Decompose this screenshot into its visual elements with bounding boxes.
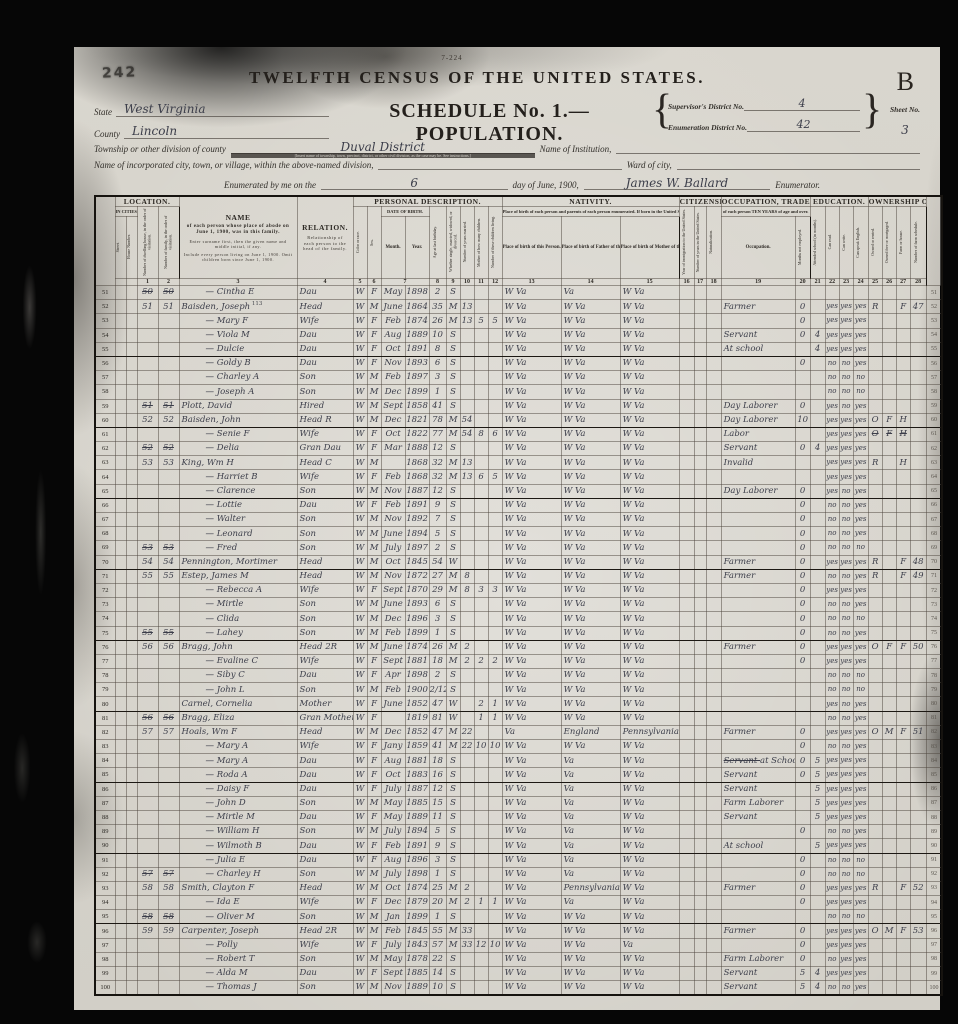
- years-in-us-cell: [694, 612, 706, 626]
- speak-english-cell: yes: [853, 810, 868, 824]
- mother-of-children-cell: [474, 754, 488, 768]
- census-row: 80Carnel, CorneliaMotherWFJune185247W21W…: [95, 697, 942, 711]
- can-read-cell: yes: [825, 768, 839, 782]
- immigration-year-cell: [679, 442, 694, 456]
- relation-cell: Gran Mother: [297, 711, 353, 725]
- free-mortgaged-cell: [882, 612, 896, 626]
- home-owned-rented-cell: R: [868, 300, 882, 314]
- home-owned-rented-cell: [868, 683, 882, 697]
- mother-birthplace-cell: W Va: [620, 442, 679, 456]
- mother-birthplace-cell: W Va: [620, 513, 679, 527]
- can-read-cell: no: [825, 825, 839, 839]
- house-number-cell: [126, 740, 137, 754]
- age-cell: 54: [429, 555, 446, 569]
- farm-house-cell: [896, 286, 910, 300]
- speak-english-cell: yes: [853, 498, 868, 512]
- home-owned-rented-cell: [868, 938, 882, 952]
- color-race-cell: W: [353, 967, 367, 981]
- school-months-cell: [810, 924, 825, 938]
- immigration-year-cell: [679, 541, 694, 555]
- birth-year-cell: 1900: [405, 683, 429, 697]
- mother-birthplace-cell: W Va: [620, 356, 679, 370]
- name-cell: — Walter: [179, 513, 297, 527]
- mother-birthplace-cell: W Va: [620, 612, 679, 626]
- can-write-cell: no: [839, 498, 853, 512]
- name-cell: — Siby C: [179, 669, 297, 683]
- line-number-right: 52: [926, 300, 942, 314]
- relation-cell: Wife: [297, 896, 353, 910]
- family-number-cell: 57: [158, 867, 179, 881]
- farm-house-cell: [896, 583, 910, 597]
- naturalization-cell: [706, 541, 721, 555]
- free-mortgaged-cell: [882, 825, 896, 839]
- line-number-header: [95, 196, 115, 286]
- naturalization-cell: [706, 598, 721, 612]
- name-cell: — Mary A: [179, 740, 297, 754]
- mother-of-children-cell: [474, 498, 488, 512]
- children-living-cell: [488, 810, 502, 824]
- birth-year-cell: 1891: [405, 839, 429, 853]
- years-in-us-cell: [694, 640, 706, 654]
- occupation-cell: Servant: [721, 981, 795, 995]
- can-read-cell: yes: [825, 555, 839, 569]
- mother-of-children-cell: [474, 342, 488, 356]
- relation-cell: Dau: [297, 669, 353, 683]
- occupation-cell: Farm Laborer: [721, 952, 795, 966]
- dwelling-number-cell: [137, 498, 158, 512]
- speak-english-cell: yes: [853, 967, 868, 981]
- mother-birthplace-cell: Pennsylvania: [620, 725, 679, 739]
- marital-status-cell: M: [446, 654, 460, 668]
- years-married-cell: [460, 782, 474, 796]
- father-birthplace-cell: Va: [561, 839, 620, 853]
- years-in-us-cell: [694, 740, 706, 754]
- birth-month-cell: Nov: [381, 981, 405, 995]
- can-write-cell: no: [839, 527, 853, 541]
- marital-status-cell: M: [446, 924, 460, 938]
- occupation-cell: [721, 513, 795, 527]
- line-number: 83: [95, 740, 115, 754]
- line-number: 53: [95, 314, 115, 328]
- months-not-employed-cell: 0: [795, 867, 810, 881]
- years-married-cell: [460, 839, 474, 853]
- birth-year-cell: 1885: [405, 796, 429, 810]
- free-mortgaged-cell: [882, 371, 896, 385]
- years-married-cell: [460, 513, 474, 527]
- relation-cell: Dau: [297, 853, 353, 867]
- sex-cell: F: [367, 754, 381, 768]
- immigration-year-cell: [679, 314, 694, 328]
- line-number: 90: [95, 839, 115, 853]
- line-number: 80: [95, 697, 115, 711]
- farm-schedule-cell: 47: [910, 300, 926, 314]
- line-number-right: 97: [926, 938, 942, 952]
- census-row: 715555Estep, James MHeadWMNov187227M8W V…: [95, 569, 942, 583]
- immigration-year-cell: [679, 697, 694, 711]
- free-mortgaged-cell: [882, 669, 896, 683]
- can-read-cell: yes: [825, 924, 839, 938]
- farm-house-cell: [896, 612, 910, 626]
- speak-english-cell: yes: [853, 640, 868, 654]
- relation-cell: Son: [297, 541, 353, 555]
- can-write-cell: yes: [839, 754, 853, 768]
- free-mortgaged-cell: [882, 768, 896, 782]
- line-number-right: 71: [926, 569, 942, 583]
- house-number-cell: [126, 470, 137, 484]
- street-cell: [115, 669, 126, 683]
- months-not-employed-header: Months not employed.: [795, 217, 810, 279]
- line-number-right: 89: [926, 825, 942, 839]
- family-number-cell: 56: [158, 711, 179, 725]
- can-write-cell: no: [839, 541, 853, 555]
- census-row: 54— Viola MDauWFAug188910SW VaW VaW VaSe…: [95, 328, 942, 342]
- children-living-cell: [488, 286, 502, 300]
- can-write-cell: no: [839, 612, 853, 626]
- farm-house-cell: [896, 399, 910, 413]
- house-number-cell: [126, 300, 137, 314]
- years-married-cell: [460, 669, 474, 683]
- naturalization-cell: [706, 896, 721, 910]
- column-number: 9: [446, 279, 460, 286]
- farm-house-cell: [896, 442, 910, 456]
- birthplace-cell: W Va: [502, 456, 561, 470]
- family-number-cell: [158, 810, 179, 824]
- house-number-cell: [126, 711, 137, 725]
- column-number: 12: [488, 279, 502, 286]
- months-not-employed-cell: 0: [795, 896, 810, 910]
- home-owned-rented-cell: [868, 910, 882, 924]
- name-cell: — Charley H: [179, 867, 297, 881]
- farm-house-cell: [896, 484, 910, 498]
- years-in-us-cell: [694, 484, 706, 498]
- speak-english-cell: yes: [853, 881, 868, 895]
- farm-house-cell: H: [896, 413, 910, 427]
- column-number: 4: [297, 279, 353, 286]
- family-number-cell: [158, 981, 179, 995]
- occupation-cell: [721, 938, 795, 952]
- can-write-cell: no: [839, 669, 853, 683]
- column-number: 16: [679, 279, 694, 286]
- house-number-cell: [126, 513, 137, 527]
- farm-house-cell: F: [896, 881, 910, 895]
- children-living-cell: [488, 300, 502, 314]
- line-number-right: 92: [926, 867, 942, 881]
- birthplace-cell: W Va: [502, 896, 561, 910]
- name-cell: — Mary F: [179, 314, 297, 328]
- line-number: 89: [95, 825, 115, 839]
- street-cell: [115, 427, 126, 441]
- line-number-right: 75: [926, 626, 942, 640]
- mother-birthplace-cell: W Va: [620, 314, 679, 328]
- city-fill: [378, 169, 621, 170]
- name-cell: King, Wm H: [179, 456, 297, 470]
- speak-english-cell: no: [853, 371, 868, 385]
- children-living-cell: [488, 683, 502, 697]
- birthplace-cell: W Va: [502, 342, 561, 356]
- relation-cell: Son: [297, 796, 353, 810]
- farm-schedule-cell: [910, 470, 926, 484]
- father-birthplace-cell: W Va: [561, 314, 620, 328]
- marital-status-cell: S: [446, 853, 460, 867]
- dwelling-number-cell: 51: [137, 300, 158, 314]
- dwelling-number-cell: 58: [137, 910, 158, 924]
- farm-house-cell: [896, 314, 910, 328]
- name-cell: — John L: [179, 683, 297, 697]
- speak-english-cell: yes: [853, 924, 868, 938]
- mother-birthplace-cell: W Va: [620, 910, 679, 924]
- sex-cell: M: [367, 825, 381, 839]
- birthplace-cell: W Va: [502, 555, 561, 569]
- children-living-cell: 6: [488, 427, 502, 441]
- immigration-year-cell: [679, 513, 694, 527]
- mother-of-children-cell: 2: [474, 654, 488, 668]
- mother-birthplace-cell: W Va: [620, 782, 679, 796]
- free-mortgaged-cell: [882, 967, 896, 981]
- age-cell: 55: [429, 924, 446, 938]
- months-not-employed-cell: 0: [795, 924, 810, 938]
- school-months-cell: [810, 286, 825, 300]
- school-months-cell: 5: [810, 796, 825, 810]
- house-number-cell: [126, 342, 137, 356]
- school-months-cell: 5: [810, 768, 825, 782]
- father-birthplace-cell: Va: [561, 896, 620, 910]
- farm-house-cell: [896, 513, 910, 527]
- birth-month-cell: Nov: [381, 513, 405, 527]
- line-number: 63: [95, 456, 115, 470]
- can-write-cell: yes: [839, 782, 853, 796]
- can-write-cell: yes: [839, 470, 853, 484]
- farm-house-cell: [896, 867, 910, 881]
- mother-of-children-cell: [474, 853, 488, 867]
- farm-house-cell: [896, 981, 910, 995]
- house-number-cell: [126, 853, 137, 867]
- can-read-cell: yes: [825, 754, 839, 768]
- age-cell: 9: [429, 498, 446, 512]
- speak-english-cell: no: [853, 910, 868, 924]
- color-race-cell: W: [353, 569, 367, 583]
- father-birthplace-cell: W Va: [561, 541, 620, 555]
- age-cell: 1: [429, 910, 446, 924]
- mother-of-children-cell: [474, 725, 488, 739]
- street-cell: [115, 527, 126, 541]
- birthplace-cell: W Va: [502, 697, 561, 711]
- family-number-cell: [158, 583, 179, 597]
- children-living-cell: [488, 825, 502, 839]
- farm-schedule-cell: [910, 896, 926, 910]
- naturalization-cell: [706, 399, 721, 413]
- can-write-cell: yes: [839, 456, 853, 470]
- relation-cell: Dau: [297, 328, 353, 342]
- marital-status-cell: S: [446, 867, 460, 881]
- farm-schedule-cell: [910, 385, 926, 399]
- census-row: 705454Pennington, MortimerHeadWMOct18455…: [95, 555, 942, 569]
- home-owned-rented-cell: [868, 839, 882, 853]
- name-cell: — Ida E: [179, 896, 297, 910]
- immigration-year-cell: [679, 867, 694, 881]
- mother-birthplace-cell: W Va: [620, 498, 679, 512]
- school-months-cell: [810, 541, 825, 555]
- children-living-cell: [488, 924, 502, 938]
- street-header: Street.: [115, 217, 126, 279]
- sheet-number-value: 3: [880, 123, 930, 137]
- line-number-right: 57: [926, 371, 942, 385]
- speak-english-cell: yes: [853, 442, 868, 456]
- school-months-cell: [810, 952, 825, 966]
- street-cell: [115, 314, 126, 328]
- birth-month-cell: July: [381, 867, 405, 881]
- can-read-cell: yes: [825, 967, 839, 981]
- color-race-cell: W: [353, 498, 367, 512]
- age-cell: 29: [429, 583, 446, 597]
- mother-of-children-cell: [474, 924, 488, 938]
- supervisor-district-value: 4: [744, 97, 860, 111]
- birthplace-cell: W Va: [502, 881, 561, 895]
- column-number: 14: [561, 279, 620, 286]
- ward-label: Ward of city,: [627, 160, 672, 170]
- sheet-number-label: Sheet No.: [890, 105, 920, 114]
- speak-english-cell: yes: [853, 725, 868, 739]
- line-number-right: 55: [926, 342, 942, 356]
- dwelling-number-cell: [137, 896, 158, 910]
- sex-cell: F: [367, 967, 381, 981]
- birth-year-header: Year.: [405, 217, 429, 279]
- birth-month-cell: June: [381, 598, 405, 612]
- family-number-cell: [158, 853, 179, 867]
- marital-status-cell: S: [446, 839, 460, 853]
- dwelling-number-cell: [137, 754, 158, 768]
- school-months-cell: [810, 910, 825, 924]
- farm-house-cell: [896, 754, 910, 768]
- birth-year-cell: 1893: [405, 598, 429, 612]
- county-line: County Lincoln: [94, 124, 329, 139]
- age-cell: 2: [429, 286, 446, 300]
- census-row: 825757Hoals, Wm FHeadWMDec185247M22VaEng…: [95, 725, 942, 739]
- sex-cell: F: [367, 286, 381, 300]
- birthplace-mother-header: Place of birth of Mother of this person.: [620, 217, 679, 279]
- census-table-head: LOCATION. NAME of each person whose plac…: [95, 196, 942, 286]
- sex-cell: F: [367, 740, 381, 754]
- years-in-us-cell: [694, 796, 706, 810]
- immigration-year-cell: [679, 399, 694, 413]
- birth-month-cell: June: [381, 697, 405, 711]
- birth-month-cell: Dec: [381, 385, 405, 399]
- naturalization-cell: [706, 371, 721, 385]
- years-in-us-cell: [694, 541, 706, 555]
- relation-cell: Son: [297, 385, 353, 399]
- children-living-header: Number of these children living.: [488, 207, 502, 279]
- immigration-year-cell: [679, 853, 694, 867]
- naturalization-cell: [706, 938, 721, 952]
- age-cell: 10: [429, 981, 446, 995]
- naturalization-cell: [706, 356, 721, 370]
- father-birthplace-cell: W Va: [561, 427, 620, 441]
- name-cell: — Alda M: [179, 967, 297, 981]
- family-number-cell: 58: [158, 910, 179, 924]
- occupation-cell: Farmer: [721, 881, 795, 895]
- family-number-cell: 55: [158, 569, 179, 583]
- months-not-employed-cell: 0: [795, 740, 810, 754]
- occupation-cell: Farmer: [721, 555, 795, 569]
- children-living-cell: [488, 385, 502, 399]
- color-race-cell: W: [353, 342, 367, 356]
- county-label: County: [94, 129, 120, 139]
- birthplace-cell: W Va: [502, 924, 561, 938]
- column-number: 7: [381, 279, 429, 286]
- line-number-right: 86: [926, 782, 942, 796]
- birth-month-cell: May: [381, 286, 405, 300]
- occupation-cell: Day Laborer: [721, 484, 795, 498]
- column-number: [115, 279, 126, 286]
- family-number-cell: 51: [158, 399, 179, 413]
- occupation-cell: Labor: [721, 427, 795, 441]
- census-rows: 515050— Cintha EDauWFMay18982SW VaVaW Va…: [95, 286, 942, 995]
- birthplace-cell: W Va: [502, 683, 561, 697]
- years-in-us-cell: [694, 654, 706, 668]
- street-cell: [115, 328, 126, 342]
- free-mortgaged-cell: [882, 981, 896, 995]
- name-cell: — Dulcie: [179, 342, 297, 356]
- name-cell: Baisden, Joseph 113: [179, 300, 297, 314]
- can-write-cell: no: [839, 825, 853, 839]
- birth-year-cell: 1868: [405, 456, 429, 470]
- children-living-cell: [488, 356, 502, 370]
- sex-cell: M: [367, 612, 381, 626]
- immigration-year-cell: [679, 598, 694, 612]
- mother-birthplace-cell: W Va: [620, 470, 679, 484]
- line-number: 69: [95, 541, 115, 555]
- mother-birthplace-cell: W Va: [620, 697, 679, 711]
- years-married-cell: 2: [460, 896, 474, 910]
- birth-month-cell: Apr: [381, 669, 405, 683]
- street-cell: [115, 371, 126, 385]
- family-number-cell: [158, 484, 179, 498]
- house-number-cell: [126, 910, 137, 924]
- street-cell: [115, 810, 126, 824]
- years-in-us-cell: [694, 371, 706, 385]
- census-row: 88— Mirtle MDauWFMay188911SW VaVaW VaSer…: [95, 810, 942, 824]
- house-number-cell: [126, 527, 137, 541]
- months-not-employed-cell: 0: [795, 938, 810, 952]
- relation-cell: Wife: [297, 654, 353, 668]
- immigration-year-cell: [679, 669, 694, 683]
- line-number: 64: [95, 470, 115, 484]
- months-not-employed-cell: 0: [795, 527, 810, 541]
- dwelling-number-cell: [137, 938, 158, 952]
- naturalization-cell: [706, 612, 721, 626]
- immigration-year-cell: [679, 711, 694, 725]
- farm-schedule-cell: [910, 498, 926, 512]
- naturalization-cell: [706, 442, 721, 456]
- can-read-cell: no: [825, 371, 839, 385]
- line-number-right: 63: [926, 456, 942, 470]
- enumerator-label: Enumerator.: [775, 180, 820, 190]
- years-married-cell: [460, 555, 474, 569]
- immigration-year-cell: [679, 924, 694, 938]
- farm-house-cell: [896, 626, 910, 640]
- school-months-cell: [810, 527, 825, 541]
- birth-month-cell: [381, 456, 405, 470]
- relation-cell: Head: [297, 555, 353, 569]
- farm-schedule-cell: [910, 484, 926, 498]
- house-number-cell: [126, 626, 137, 640]
- farm-schedule-cell: [910, 768, 926, 782]
- occupation-cell: Farmer: [721, 569, 795, 583]
- school-months-cell: [810, 555, 825, 569]
- can-write-header: Can write.: [839, 207, 853, 279]
- can-read-cell: no: [825, 910, 839, 924]
- speak-english-cell: yes: [853, 825, 868, 839]
- can-read-cell: no: [825, 669, 839, 683]
